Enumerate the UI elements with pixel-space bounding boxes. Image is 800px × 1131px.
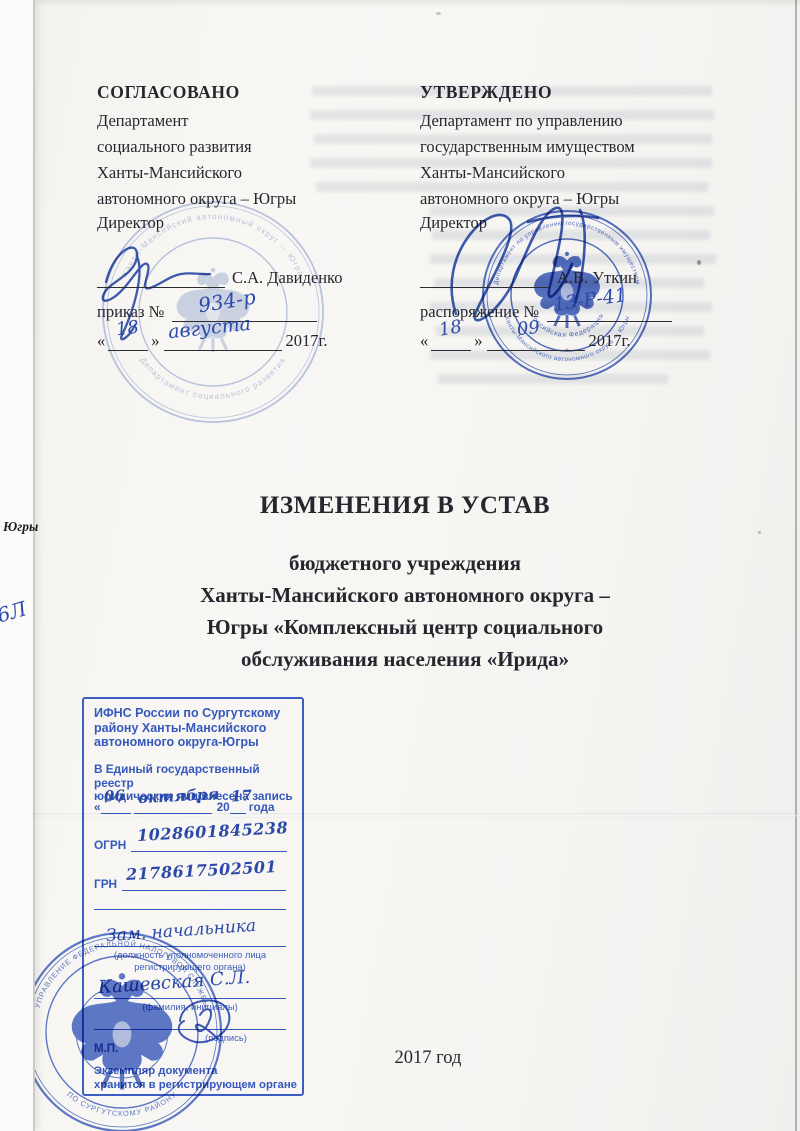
document-title: ИЗМЕНЕНИЯ В УСТАВ: [55, 492, 755, 520]
footer-year: 2017 год: [313, 1048, 543, 1069]
agree-date-day-handwritten: 18: [115, 317, 140, 341]
approve-date-day-handwritten: 18: [438, 316, 464, 341]
document-title-block: ИЗМЕНЕНИЯ В УСТАВ бюджетного учреждения …: [55, 492, 755, 675]
reg-date-day-handwritten: 06: [103, 786, 125, 805]
approve-org-line: государственным имуществом: [420, 134, 760, 160]
agree-date-month-line: августа: [164, 332, 282, 351]
agree-block: СОГЛАСОВАНО Департамент социального разв…: [97, 82, 407, 212]
quote-close: »: [151, 331, 159, 351]
approve-status: УТВЕРЖДЕНО: [420, 82, 760, 103]
scanned-document-page: СОГЛАСОВАНО Департамент социального разв…: [0, 0, 800, 1131]
reg-grn-handwritten: 2178617502501: [126, 857, 278, 884]
approve-date-row: « 18 » 09 2017г.: [420, 328, 631, 351]
quote-open: «: [420, 331, 428, 351]
approve-date-year: 2017г.: [589, 331, 631, 351]
approve-order-line: 13-Р-41: [547, 303, 672, 322]
agree-org-line: Ханты-Мансийского: [97, 160, 407, 186]
reg-grn-row: ГРН 2178617502501: [94, 871, 286, 891]
scan-top-shadow: [0, 0, 800, 7]
tax-seal-eagle-icon: [72, 973, 172, 1089]
quote-close: »: [474, 331, 482, 351]
title-subtitle-line: бюджетного учреждения: [55, 547, 755, 579]
reg-authority-line: автономного округа-Югры: [94, 735, 280, 750]
approve-signature-row: А.В. Уткин: [420, 266, 637, 288]
agree-date-year: 2017г.: [286, 331, 328, 351]
agree-signature-row: С.А. Давиденко: [97, 266, 342, 288]
reg-grn-label: ГРН: [94, 877, 117, 891]
reg-ogrn-line: 1028601845238: [131, 837, 287, 852]
reg-date-year-line: 17: [230, 799, 246, 814]
scan-speck: [697, 260, 701, 265]
reg-blank-line: [94, 909, 286, 910]
reg-date-month-handwritten: октября: [137, 785, 219, 807]
agree-org-line: социального развития: [97, 134, 407, 160]
reg-ogrn-label: ОГРН: [94, 838, 126, 852]
agree-date-day-line: 18: [108, 332, 148, 351]
reg-date-day-line: 06: [101, 799, 131, 814]
reg-authority-line: району Ханты-Мансийского: [94, 721, 280, 736]
approve-org-line: Департамент по управлению: [420, 108, 760, 134]
agree-status: СОГЛАСОВАНО: [97, 82, 407, 103]
reg-date-month-line: октября: [134, 799, 212, 814]
svg-text:ПО СУРГУТСКОМУ РАЙОНУ: ПО СУРГУТСКОМУ РАЙОНУ: [65, 1090, 178, 1118]
agree-seal-arc-bottom: Департамент социального развития: [138, 355, 287, 401]
tax-seal-arc-bottom: ПО СУРГУТСКОМУ РАЙОНУ: [65, 1090, 178, 1118]
title-subtitle-line: Югры «Комплексный центр социального: [55, 611, 755, 643]
approve-date-month-line: 09: [487, 332, 585, 351]
reg-grn-line: 2178617502501: [122, 876, 286, 891]
reg-date-suffix: года: [249, 800, 275, 814]
page-right-edge: [795, 0, 797, 1131]
reg-date-year-handwritten: 17: [230, 786, 252, 805]
tax-round-seal: УПРАВЛЕНИЕ ФЕДЕРАЛЬНОЙ НАЛОГОВОЙ СЛУЖБЫ …: [17, 927, 227, 1131]
quote-open: «: [97, 331, 105, 351]
approve-signature-line: [420, 269, 550, 288]
scan-speck: [436, 12, 441, 15]
reg-authority-line: ИФНС России по Сургутскому: [94, 706, 280, 721]
reg-date-row: « 06 октября 20 17 года: [94, 796, 275, 814]
title-subtitle-line: обслуживания населения «Ирида»: [55, 643, 755, 675]
approve-org-line: Ханты-Мансийского: [420, 160, 760, 186]
approve-date-month-handwritten: 09: [515, 317, 540, 340]
agree-date-row: « 18 » августа 2017г.: [97, 328, 328, 351]
agree-signature-line: [97, 269, 225, 288]
approve-date-day-line: 18: [431, 332, 471, 351]
reg-ogrn-row: ОГРН 1028601845238: [94, 832, 287, 852]
margin-tab-label: Югры: [3, 519, 38, 535]
scan-speck: [758, 531, 761, 534]
agree-org-line: Департамент: [97, 108, 407, 134]
title-subtitle-line: Ханты-Мансийского автономного округа –: [55, 579, 755, 611]
svg-text:Департамент социального развит: Департамент социального развития: [138, 355, 287, 401]
reg-ogrn-handwritten: 1028601845238: [137, 818, 289, 845]
underlying-page-edge: [0, 0, 35, 1131]
